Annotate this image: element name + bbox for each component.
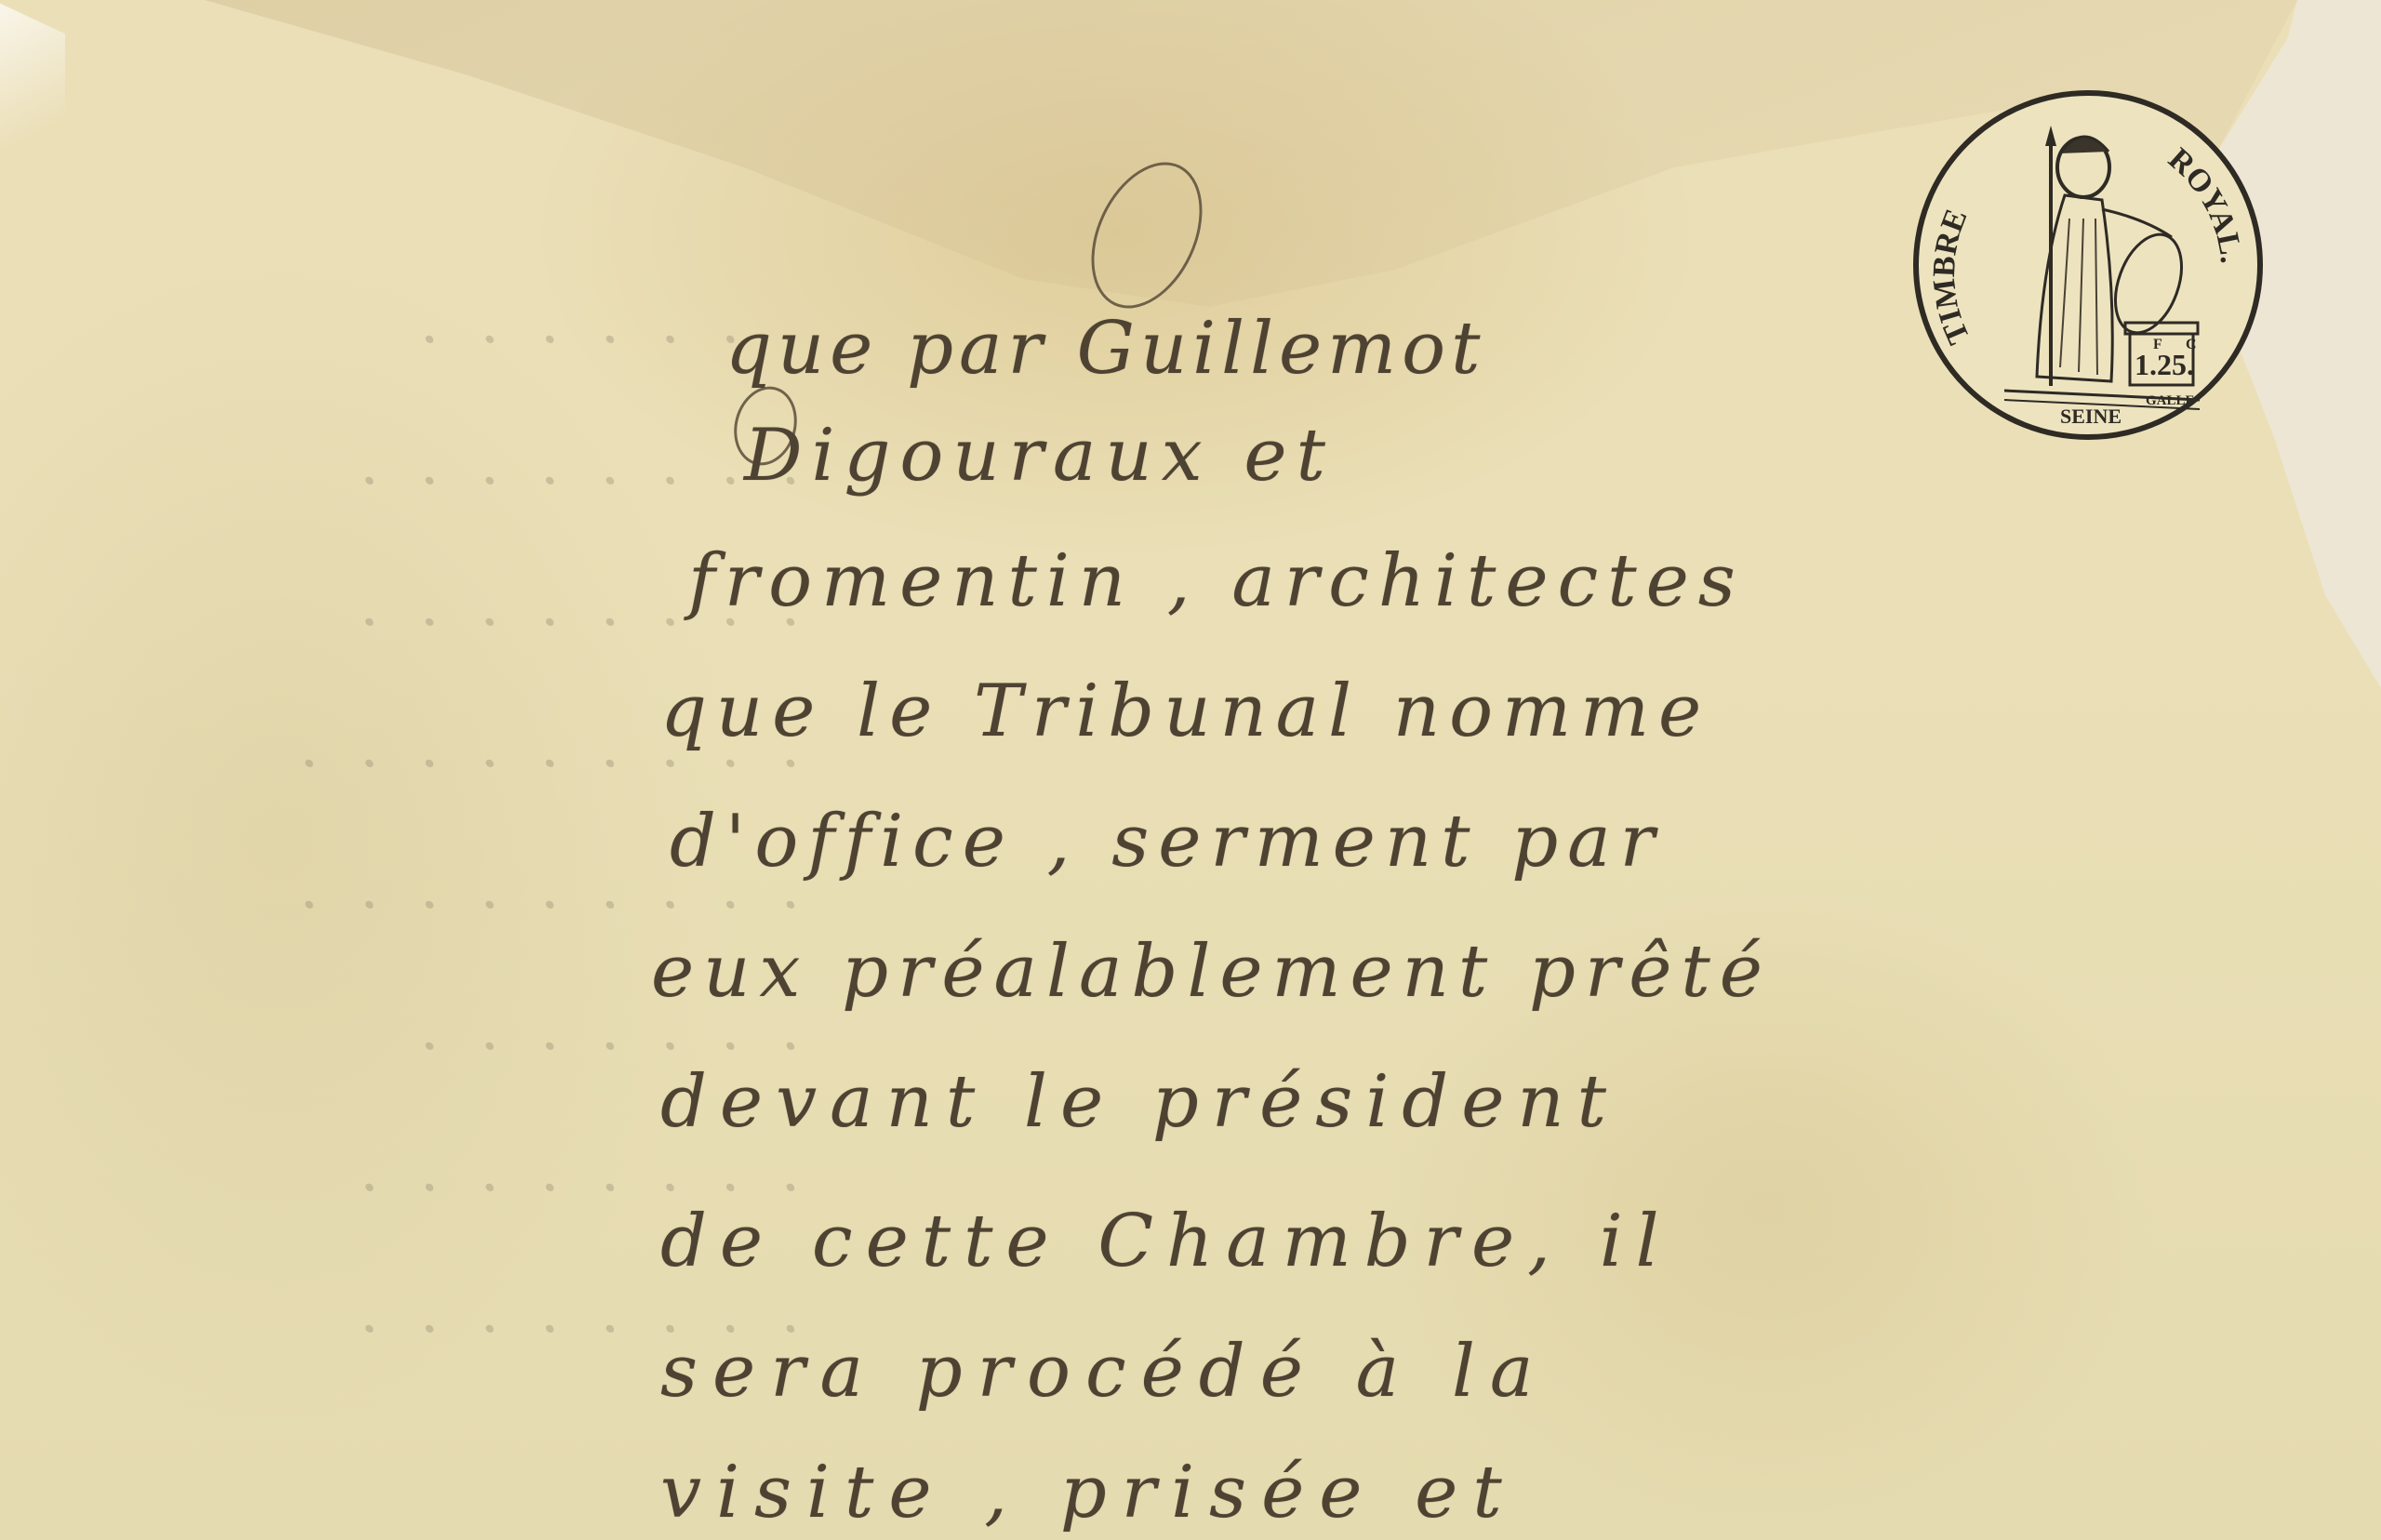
- text-line-8: de cette Chambre, il: [660, 1200, 1672, 1283]
- text-line-9: sera procédé à la: [660, 1330, 1548, 1414]
- text-line-5: d'office , serment par: [670, 800, 1664, 883]
- stamp-seal-icon: TIMBRE ROYAL. F C 1.25. GALLE SEINE: [1902, 79, 2274, 451]
- document-photo: · · · · · · · · · · · · · · · · · · · · …: [0, 0, 2381, 1540]
- text-line-2: Digouraux et: [744, 414, 1335, 498]
- text-line-10: visite , prisée et: [660, 1451, 1517, 1534]
- flourish-loop-top: [1070, 144, 1224, 325]
- text-line-4: que le Tribunal nomme: [660, 670, 1710, 753]
- stamp-engraver: GALLE: [2146, 393, 2195, 408]
- stamp-department: SEINE: [2060, 405, 2122, 428]
- text-line-3: fromentin , architectes: [688, 539, 1745, 623]
- text-line-7: devant le président: [660, 1060, 1619, 1144]
- stamp-value: 1.25.: [2135, 348, 2194, 381]
- text-line-1: que par Guillemot: [725, 307, 1485, 391]
- timbre-royal-stamp: TIMBRE ROYAL. F C 1.25. GALLE SEINE: [1902, 79, 2274, 451]
- text-line-6: eux préalablement prêté: [651, 930, 1772, 1014]
